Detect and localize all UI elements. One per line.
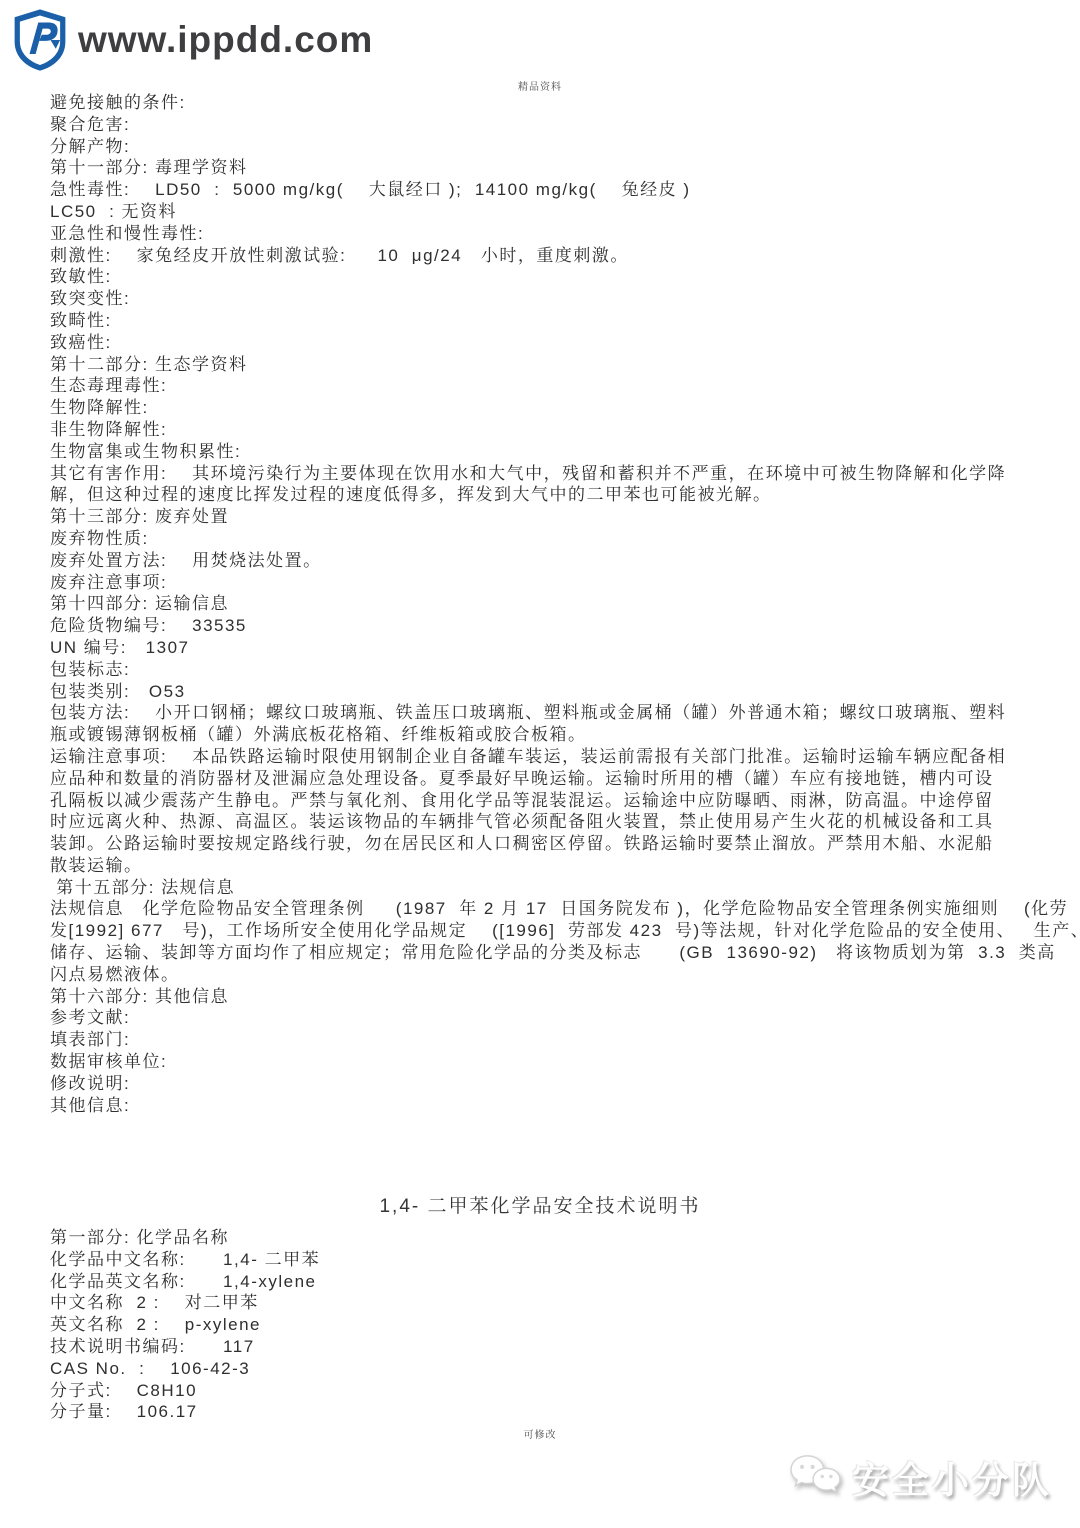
document-page: www.ippdd.com 精品资料 避免接触的条件:聚合危害:分解产物:第十一… [0, 0, 1080, 1528]
text-line: 第十四部分: 运输信息 [50, 593, 1050, 615]
text-line: 装卸。公路运输时要按规定路线行驶，勿在居民区和人口稠密区停留。铁路运输时要禁止溜… [50, 833, 1050, 855]
text-line: 闪点易燃液体。 [50, 964, 1050, 986]
text-line: 生态毒理毒性: [50, 375, 1050, 397]
text-line: 填表部门: [50, 1029, 1050, 1051]
text-line: 发[1992] 677 号)，工作场所安全使用化学品规定 ([1996] 劳部发… [50, 920, 1050, 942]
text-line: 分解产物: [50, 136, 1050, 158]
text-line: 刺激性: 家兔经皮开放性刺激试验: 10 μg/24 小时，重度刺激。 [50, 245, 1050, 267]
text-line: 分子式: C8H10 [50, 1380, 1050, 1402]
text-line: UN 编号: 1307 [50, 637, 1050, 659]
text-line: 生物富集或生物积累性: [50, 441, 1050, 463]
text-line: 瓶或镀锡薄钢板桶（罐）外满底板花格箱、纤维板箱或胶合板箱。 [50, 724, 1050, 746]
text-line: 第十二部分: 生态学资料 [50, 354, 1050, 376]
text-line: 急性毒性: LD50 : 5000 mg/kg( 大鼠经口 ); 14100 m… [50, 179, 1050, 201]
text-line: 包装标志: [50, 659, 1050, 681]
text-line: 其它有害作用: 其环境污染行为主要体现在饮用水和大气中，残留和蓄积并不严重，在环… [50, 463, 1050, 485]
watermark-text: 安全小分队 [852, 1450, 1052, 1504]
text-line: 分子量: 106.17 [50, 1401, 1050, 1423]
site-url-text: www.ippdd.com [78, 19, 373, 61]
text-line: 危险货物编号: 33535 [50, 615, 1050, 637]
text-line: 包装类别: O53 [50, 681, 1050, 703]
msds-section-continuation: 避免接触的条件:聚合危害:分解产物:第十一部分: 毒理学资料急性毒性: LD50… [50, 92, 1050, 1116]
text-line: LC50 : 无资料 [50, 201, 1050, 223]
site-logo: www.ippdd.com [12, 8, 373, 72]
text-line: 包装方法: 小开口钢桶；螺纹口玻璃瓶、铁盖压口玻璃瓶、塑料瓶或金属桶（罐）外普通… [50, 702, 1050, 724]
tagline-label: 精品资料 [0, 78, 1080, 93]
text-line: 技术说明书编码: 117 [50, 1336, 1050, 1358]
text-line: 废弃注意事项: [50, 572, 1050, 594]
text-line: 散装运输。 [50, 855, 1050, 877]
document-title: 1,4- 二甲苯化学品安全技术说明书 [0, 1196, 1080, 1218]
watermark: 安全小分队 [788, 1450, 1052, 1504]
msds-section-identity: 第一部分: 化学品名称化学品中文名称: 1,4- 二甲苯化学品英文名称: 1,4… [50, 1227, 1050, 1423]
text-line: CAS No. : 106-42-3 [50, 1358, 1050, 1380]
text-line: 孔隔板以减少震荡产生静电。严禁与氧化剂、食用化学品等混装混运。运输途中应防曝晒、… [50, 790, 1050, 812]
text-line: 修改说明: [50, 1073, 1050, 1095]
wechat-icon [788, 1453, 842, 1501]
text-line: 时应远离火种、热源、高温区。装运该物品的车辆排气管必须配备阻火装置，禁止使用易产… [50, 811, 1050, 833]
text-line: 亚急性和慢性毒性: [50, 223, 1050, 245]
text-line: 化学品中文名称: 1,4- 二甲苯 [50, 1249, 1050, 1271]
text-line: 生物降解性: [50, 397, 1050, 419]
text-line: 非生物降解性: [50, 419, 1050, 441]
text-line: 其他信息: [50, 1095, 1050, 1117]
text-line: 第十五部分: 法规信息 [50, 877, 1050, 899]
text-line: 参考文献: [50, 1007, 1050, 1029]
text-line: 第十三部分: 废弃处置 [50, 506, 1050, 528]
text-line: 聚合危害: [50, 114, 1050, 136]
shield-p-logo-icon [12, 8, 68, 72]
text-line: 废弃处置方法: 用焚烧法处置。 [50, 550, 1050, 572]
text-line: 英文名称 2 : p-xylene [50, 1314, 1050, 1336]
text-line: 第十一部分: 毒理学资料 [50, 157, 1050, 179]
text-line: 储存、运输、装卸等方面均作了相应规定；常用危险化学品的分类及标志 (GB 136… [50, 942, 1050, 964]
text-line: 运输注意事项: 本品铁路运输时限使用钢制企业自备罐车装运，装运前需报有关部门批准… [50, 746, 1050, 768]
text-line: 应品种和数量的消防器材及泄漏应急处理设备。夏季最好早晚运输。运输时所用的槽（罐）… [50, 768, 1050, 790]
text-line: 致畸性: [50, 310, 1050, 332]
text-line: 数据审核单位: [50, 1051, 1050, 1073]
text-line: 第一部分: 化学品名称 [50, 1227, 1050, 1249]
text-line: 法规信息 化学危险物品安全管理条例 (1987 年 2 月 17 日国务院发布 … [50, 898, 1050, 920]
text-line: 第十六部分: 其他信息 [50, 986, 1050, 1008]
text-line: 致突变性: [50, 288, 1050, 310]
text-line: 中文名称 2 : 对二甲苯 [50, 1292, 1050, 1314]
text-line: 化学品英文名称: 1,4-xylene [50, 1271, 1050, 1293]
text-line: 致敏性: [50, 266, 1050, 288]
text-line: 废弃物性质: [50, 528, 1050, 550]
editable-note-label: 可修改 [0, 1426, 1080, 1441]
text-line: 避免接触的条件: [50, 92, 1050, 114]
text-line: 解，但这种过程的速度比挥发过程的速度低得多，挥发到大气中的二甲苯也可能被光解。 [50, 484, 1050, 506]
text-line: 致癌性: [50, 332, 1050, 354]
